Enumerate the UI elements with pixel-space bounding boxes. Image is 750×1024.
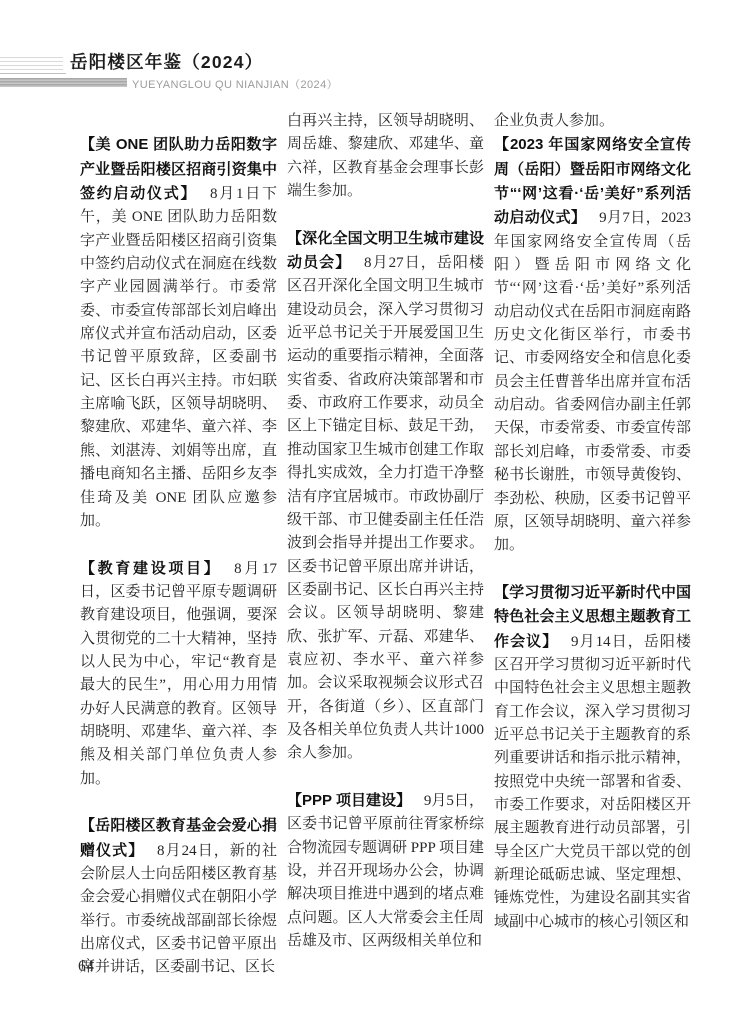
deco-line [0, 57, 63, 58]
entry-paragraph: 【2023 年国家网络安全宣传周（岳阳）暨岳阳市网络文化节“‘网’这看·‘岳’美… [494, 133, 691, 557]
page-title: 岳阳楼区年鉴（2024） [70, 49, 263, 75]
page-number: 64 [78, 958, 95, 976]
page-subtitle: YUEYANGLOU QU NIANJIAN（2024） [132, 76, 338, 92]
entry-paragraph: 【教育建设项目】8月17日，区委书记曾平原专题调研教育建设项目，他强调，要深入贯… [80, 557, 277, 791]
entry-title: 【教育建设项目】 [80, 560, 221, 577]
entry-body: 9月14日，岳阳楼区召开学习贯彻习近平新时代中国特色社会主义思想主题教育工作会议… [494, 634, 691, 930]
entry-body: 8月1日下午，美 ONE 团队助力岳阳数字产业暨岳阳楼区招商引资集中签约启动仪式… [80, 186, 277, 529]
entry-title: 【PPP 项目建设】 [287, 792, 411, 809]
entry-paragraph: 【PPP 项目建设】9月5日，区委书记曾平原前往胥家桥综合物流园专题调研 PPP… [287, 789, 484, 953]
deco-line [0, 69, 63, 70]
header-deco-lines [0, 57, 66, 77]
entry-paragraph: 【岳阳楼区教育基金会爱心捐赠仪式】8月24日，新的社会阶层人士向岳阳楼区教育基金… [80, 814, 277, 979]
text-column-3: 企业负责人参加。【2023 年国家网络安全宣传周（岳阳）暨岳阳市网络文化节“‘网… [494, 110, 691, 980]
entry-body: 8月27日，岳阳楼区召开深化全国文明卫生城市建设动员会，深入学习贯彻习近平总书记… [287, 255, 484, 761]
text-column-2: 白再兴主持，区领导胡晓明、周岳雄、黎建欣、邓建华、童六祥，区教育基金会理事长彭端… [287, 110, 484, 980]
deco-line [0, 61, 63, 62]
content-columns: 【美 ONE 团队助力岳阳数字产业暨岳阳楼区招商引资集中签约启动仪式】8月1日下… [80, 110, 691, 980]
yearbook-page: 岳阳楼区年鉴（2024） YUEYANGLOU QU NIANJIAN（2024… [0, 0, 750, 1024]
deco-line [0, 73, 66, 74]
entry-paragraph: 【美 ONE 团队助力岳阳数字产业暨岳阳楼区招商引资集中签约启动仪式】8月1日下… [80, 133, 277, 533]
entry-body: 8月24日，新的社会阶层人士向岳阳楼区教育基金会爱心捐赠仪式在朝阳小学举行。市委… [80, 843, 277, 976]
text-column-1: 【美 ONE 团队助力岳阳数字产业暨岳阳楼区招商引资集中签约启动仪式】8月1日下… [80, 110, 277, 980]
entry-body: 9月5日，区委书记曾平原前往胥家桥综合物流园专题调研 PPP 项目建设，并召开现… [287, 793, 484, 949]
deco-line [0, 65, 63, 66]
continuation-paragraph: 企业负责人参加。 [494, 110, 691, 133]
entry-body: 白再兴主持，区领导胡晓明、周岳雄、黎建欣、邓建华、童六祥，区教育基金会理事长彭端… [287, 113, 484, 199]
entry-body: 企业负责人参加。 [494, 113, 614, 129]
continuation-paragraph: 白再兴主持，区领导胡晓明、周岳雄、黎建欣、邓建华、童六祥，区教育基金会理事长彭端… [287, 110, 484, 203]
entry-paragraph: 【学习贯彻习近平新时代中国特色社会主义思想主题教育工作会议】9月14日，岳阳楼区… [494, 581, 691, 934]
header-deco-bar [0, 78, 127, 87]
entry-body: 9月7日，2023年国家网络安全宣传周（岳阳）暨岳阳市网络文化节“‘网’这看·‘… [494, 210, 691, 553]
entry-body: 8月17日，区委书记曾平原专题调研教育建设项目，他强调，要深入贯彻党的二十大精神… [80, 561, 277, 787]
entry-paragraph: 【深化全国文明卫生城市建设动员会】8月27日，岳阳楼区召开深化全国文明卫生城市建… [287, 227, 484, 766]
